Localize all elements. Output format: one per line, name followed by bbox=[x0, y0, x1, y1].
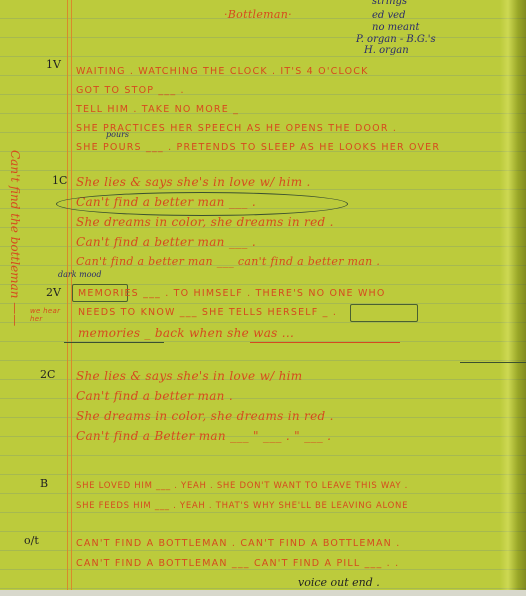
lyric-line: tell him . take no more _ bbox=[76, 104, 239, 115]
section-label: o/t bbox=[24, 534, 39, 547]
lyric-line: Can't find a better man . bbox=[76, 389, 233, 403]
lyric-line: Can't find a better man ___ . bbox=[76, 235, 256, 249]
underline bbox=[64, 342, 164, 343]
lyric-line: She dreams in color, she dreams in red . bbox=[76, 215, 334, 229]
margin-vertical-note: Can't find the bottleman —— bbox=[8, 150, 22, 326]
lyric-line: Can't find a bottleman ___ can't find a … bbox=[76, 558, 399, 569]
lyric-line: she feeds him ___ . yeah . that's why sh… bbox=[76, 501, 408, 511]
margin-line-left bbox=[67, 0, 68, 590]
lyric-line: Can't find a bottleman . Can't find a bo… bbox=[76, 538, 400, 549]
lyric-line: memories _ back when she was ... bbox=[78, 326, 294, 340]
pencil-mark bbox=[460, 362, 526, 363]
pre-note: dark mood bbox=[58, 270, 101, 279]
underline bbox=[250, 342, 400, 343]
lyric-line: Can't find a Better man ___ " ___ . " __… bbox=[76, 429, 331, 443]
lyric-line: Can't find a better man ___ can't find a… bbox=[76, 255, 380, 268]
lyric-line: she loved him ___ . yeah . she don't wan… bbox=[76, 481, 408, 491]
lyric-line: She lies & says she's in love w/ him . bbox=[76, 175, 311, 189]
section-label: B bbox=[40, 477, 48, 490]
section-label: 1V bbox=[46, 58, 61, 71]
side-note: we hear her bbox=[30, 307, 64, 323]
lyric-line: she pours ___ . pretends to sleep as he … bbox=[76, 142, 440, 153]
lyric-line: memories ___ . to himself . there's no o… bbox=[78, 288, 386, 299]
section-label: 2C bbox=[40, 368, 55, 381]
section-label: 2V bbox=[46, 286, 61, 299]
boxed-word bbox=[350, 304, 418, 322]
lyric-line: needs to know ___ she tells herself _ . bbox=[78, 307, 337, 318]
song-title: ·Bottleman· bbox=[224, 8, 292, 21]
section-label: 1C bbox=[52, 174, 67, 187]
page-bottom-edge bbox=[0, 590, 526, 596]
lyric-line: She lies & says she's in love w/ him bbox=[76, 369, 302, 383]
insert-note: pours bbox=[106, 130, 129, 139]
footer-note: voice out end . bbox=[298, 576, 380, 589]
lyric-line: She dreams in color, she dreams in red . bbox=[76, 409, 334, 423]
lyric-line: waiting . watching the clock . it's 4 o'… bbox=[76, 66, 369, 77]
lyric-line: got to stop ___ . bbox=[76, 85, 185, 96]
circled-line bbox=[56, 192, 348, 216]
